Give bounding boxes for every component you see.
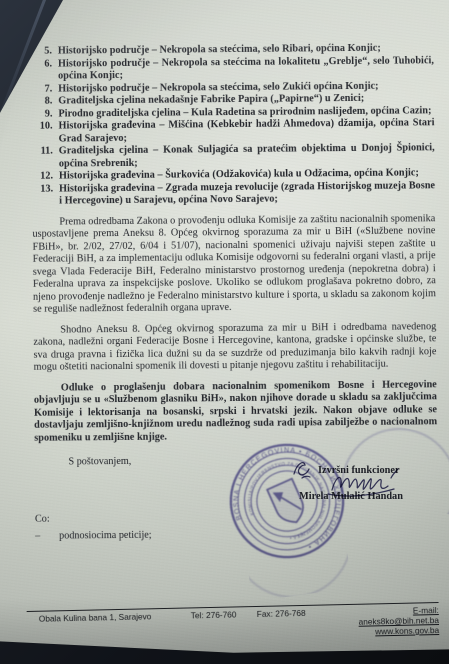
footer-telephone: Tel: 276-760 [191, 609, 257, 620]
list-item: 11. Graditeljska cjelina – Konak Suljagi… [32, 142, 435, 171]
footer-website: www.kons.gov.ba [375, 625, 439, 636]
list-item: 13. Historijska građevina – Zgrada muzej… [32, 180, 435, 209]
list-text: Historijska građevina – Mišćina (Kebkebi… [58, 117, 434, 145]
list-number: 5. [31, 46, 52, 59]
list-number: 10. [31, 121, 52, 146]
list-number: 11. [32, 146, 53, 171]
list-item: 6. Historijsko područje – Nekropola sa s… [31, 55, 434, 84]
paragraph-law: Prema odredbama Zakona o provođenju odlu… [32, 213, 436, 317]
list-text: Historijsko područje – Nekropola sa steć… [58, 55, 434, 83]
photo-of-document: 5. Historijsko područje – Nekropola sa s… [0, 0, 449, 664]
list-number: 12. [32, 171, 53, 184]
list-number: 6. [31, 58, 52, 83]
footer-email: E-mail: aneks8ko@bih.net.ba [335, 605, 439, 627]
cc-item: podnosiocima peticije; [59, 530, 152, 543]
signature-scribble [332, 477, 388, 490]
list-text: Graditeljska cjelina – Konak Suljagića s… [59, 142, 435, 170]
letterhead-footer: Obala Kulina bana 1, Sarajevo Tel: 276-7… [27, 602, 440, 644]
list-item: 10. Historijska građevina – Mišćina (Keb… [31, 117, 434, 146]
footer-address: Obala Kulina bana 1, Sarajevo [27, 610, 191, 624]
paper-sheet: 5. Historijsko područje – Nekropola sa s… [0, 0, 449, 664]
handwritten-signature [288, 452, 418, 504]
signature-flourish [328, 469, 398, 496]
list-number: 13. [32, 183, 53, 208]
paragraph-obligations: Shodno Aneksu 8. Općeg okvirnog sporazum… [33, 321, 436, 375]
list-text: Historijska građevina – Zgrada muzeja re… [59, 180, 435, 208]
list-number: 7. [31, 83, 52, 96]
footer-fax: Fax: 276-768 [257, 607, 335, 619]
handwritten-za-mark [294, 463, 310, 478]
cc-dash: – [35, 531, 59, 544]
list-number: 8. [31, 96, 52, 109]
list-number: 9. [31, 108, 52, 121]
